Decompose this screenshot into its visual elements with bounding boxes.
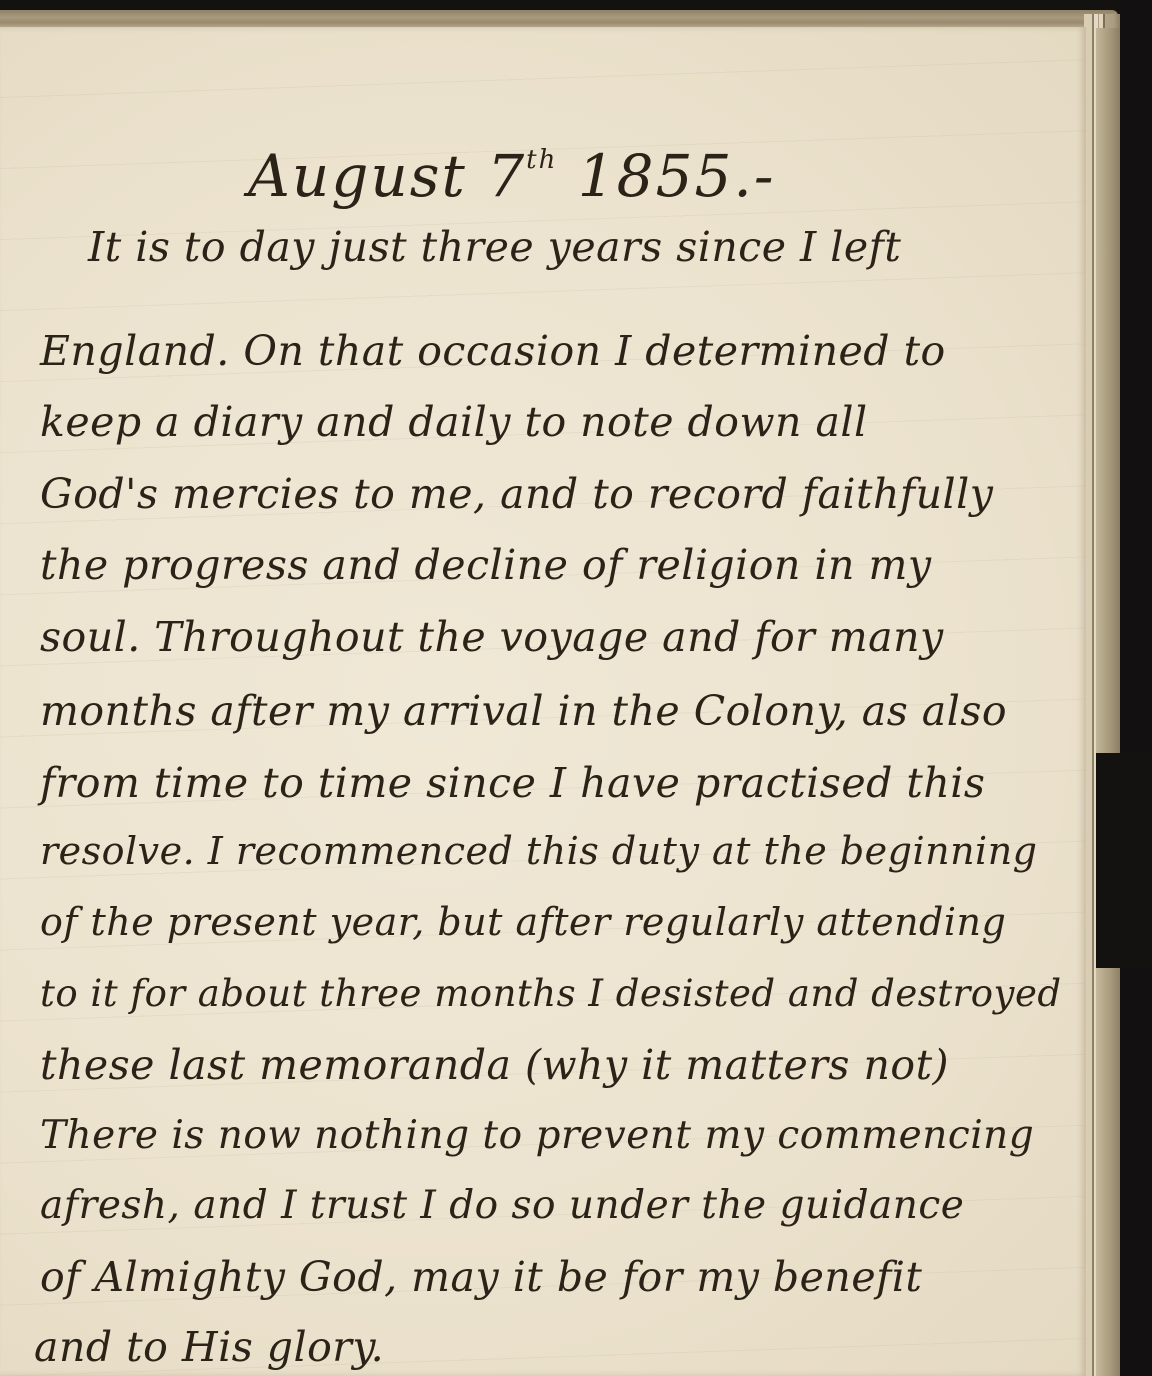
text-line: resolve. I recommenced this duty at the … [40, 829, 1080, 873]
text-line: England. On that occasion I determined t… [40, 327, 1080, 375]
leaf-gap [1096, 753, 1152, 968]
text-line: afresh, and I trust I do so under the gu… [40, 1183, 1080, 1228]
text-line: the progress and decline of religion in … [40, 541, 1080, 589]
book-top-edge [0, 10, 1118, 28]
upper-leaf-edge [1096, 28, 1120, 753]
text-line: soul. Throughout the voyage and for many [40, 613, 1080, 661]
text-line: from time to time since I have practised… [40, 759, 1080, 807]
text-line: God's mercies to me, and to record faith… [40, 470, 1080, 518]
date-month: August [248, 142, 467, 210]
entry-date: August 7th 1855.- [248, 142, 775, 210]
text-line: It is to day just three years since I le… [88, 223, 1078, 271]
dark-background [1120, 0, 1152, 1376]
text-line: to it for about three months I desisted … [40, 972, 1080, 1015]
diary-page: August 7th 1855.- It is to day just thre… [0, 27, 1086, 1376]
text-line: and to His glory. [34, 1323, 1074, 1371]
date-ordinal: th [526, 145, 557, 175]
date-year: 1855.- [578, 142, 776, 210]
text-line: these last memoranda (why it matters not… [40, 1041, 1080, 1089]
scanned-diary-scene: August 7th 1855.- It is to day just thre… [0, 0, 1152, 1376]
text-line: months after my arrival in the Colony, a… [40, 687, 1080, 735]
lower-leaf-edge [1096, 968, 1120, 1376]
date-day: 7 [487, 142, 526, 210]
handwritten-text: August 7th 1855.- It is to day just thre… [0, 27, 1086, 1376]
text-line: keep a diary and daily to note down all [40, 398, 1080, 446]
text-line: of Almighty God, may it be for my benefi… [40, 1253, 1080, 1301]
text-line: of the present year, but after regularly… [40, 900, 1080, 944]
text-line: There is now nothing to prevent my comme… [40, 1113, 1080, 1158]
